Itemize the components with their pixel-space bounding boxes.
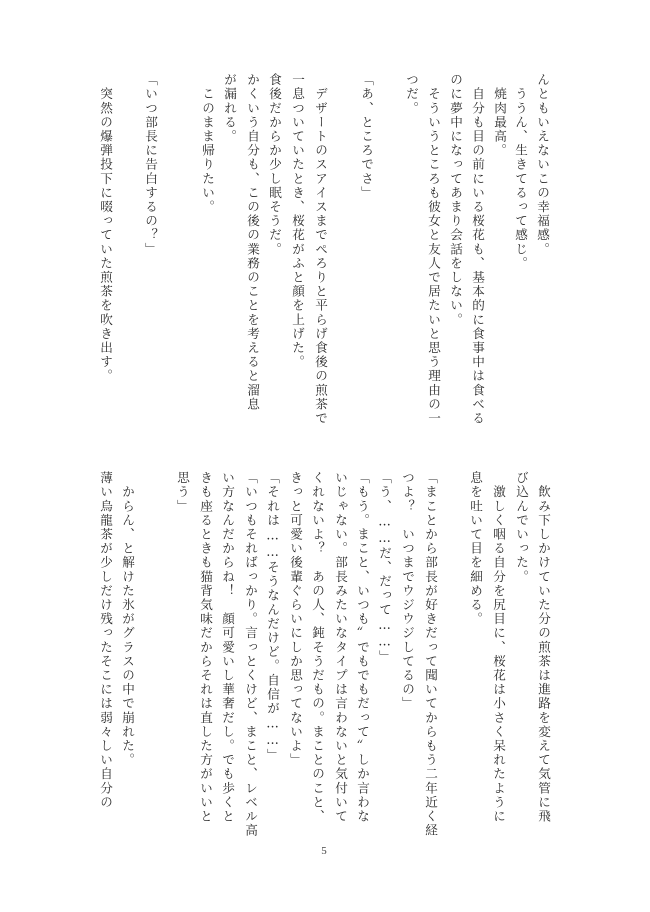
- text-column: デザートのスアイスまでぺろりと平らげ食後の煎茶で: [309, 73, 331, 426]
- text-column: このまま帰りたい。: [196, 73, 218, 214]
- text-column: かくいう自分も、この後の業務のことを考えると溜息: [241, 73, 263, 411]
- text-column: 息を吐いて目を細める。: [464, 471, 486, 626]
- text-column: 「いつ部長に告白するの？」: [139, 73, 161, 256]
- text-column: いじゃない。部長みたいなタイプは言わないと気付いて: [329, 471, 351, 824]
- text-column: そういうところも彼女と友人で居たいと思う理由の一: [422, 73, 444, 426]
- text-column: 一息ついていたとき、桜花がふと顔を上げた。: [286, 73, 308, 369]
- text-column: 「もう。まこと、いつも〟でもでもだって〟しか言わな: [351, 471, 373, 824]
- text-column: 「う、……だ、だって……」: [373, 471, 395, 664]
- text-column: んともいえないこの幸福感。: [531, 73, 553, 256]
- text-column: からん、と解けた氷がグラスの中で崩れた。: [116, 471, 138, 767]
- text-column: 薄い烏龍茶が少しだけ残ったそこには弱々しい自分の: [94, 471, 116, 809]
- text-column: 「いつもそればっかり。言っとくけど、まこと、レベル高: [239, 471, 261, 838]
- text-column: 「まことから部長が好きだって聞いてからもう二年近く経: [419, 471, 441, 838]
- manuscript-page: んともいえないこの幸福感。 ううん、生きてるって感じ。 焼肉最高。 自分も目の前…: [0, 0, 650, 912]
- text-column: 食後だからか少し眠そうだ。: [263, 73, 285, 256]
- text-column: 突然の爆弾投下に啜っていた煎茶を吹き出す。: [94, 73, 116, 383]
- text-column: 自分も目の前にいる桜花も、基本的に食事中は食べる: [466, 73, 488, 426]
- text-column: きっと可愛い後輩ぐらいにしか思ってないよ」: [284, 471, 306, 767]
- text-column: きも座るときも猫背気味だからそれは直した方がいいと: [194, 471, 216, 824]
- text-column: のに夢中になってあまり会話をしない。: [444, 73, 466, 327]
- text-column: 思う」: [171, 471, 193, 513]
- text-column: ううん、生きてるって感じ。: [509, 73, 531, 270]
- text-column: つだ。: [400, 73, 422, 115]
- text-column: 「それは……そうなんだけど。自信が……」: [261, 471, 283, 763]
- text-column: 激しく咽る自分を尻目に、桜花は小さく呆れたように: [487, 471, 509, 824]
- text-column: くれないよ？ あの人、鈍そうだもの。まことのこと、: [306, 471, 328, 824]
- text-column: び込んでいった。: [510, 471, 532, 584]
- text-column: が漏れる。: [218, 73, 240, 144]
- text-column: 「あ、ところでさ」: [355, 73, 377, 200]
- text-column: 飲み下しかけていた分の煎茶は進路を変えて気管に飛: [532, 471, 554, 824]
- text-column: つよ？ いつまでウジウジしてるの」: [396, 471, 418, 711]
- text-column: 焼肉最高。: [488, 73, 510, 158]
- text-column: い方なんだからね！ 顔可愛いし華奢だし。でも歩くと: [216, 471, 238, 824]
- page-number: 5: [318, 845, 330, 857]
